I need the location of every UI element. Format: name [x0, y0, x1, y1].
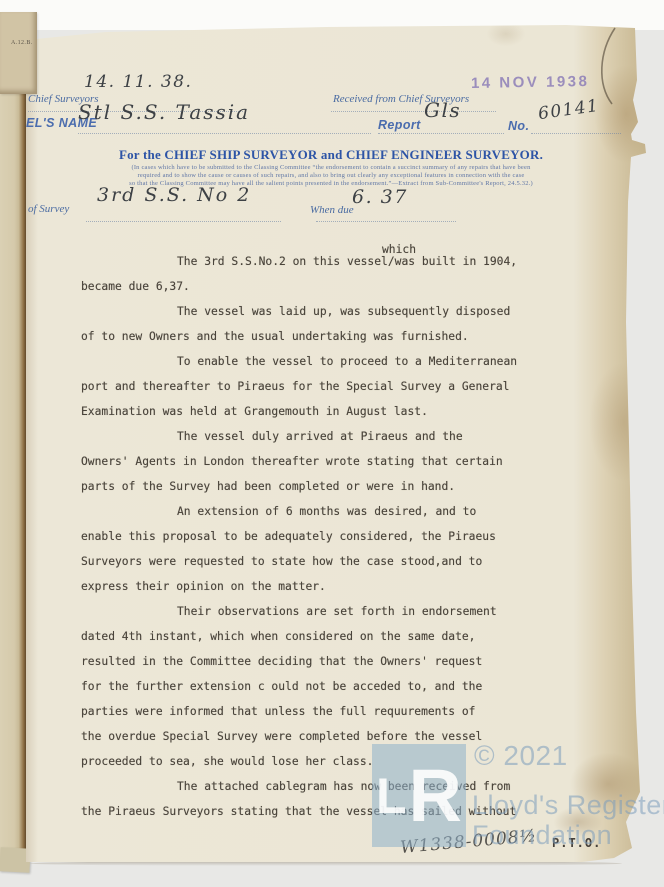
ruled-line [86, 220, 281, 222]
survey-type-label: of Survey [28, 203, 69, 215]
typed-line: express their opinion on the matter. [26, 580, 648, 605]
typed-line: Surveyors were requested to state how th… [26, 555, 648, 580]
underlying-page-corner-tab: A.12.B. [0, 12, 37, 94]
typed-line: Owners' Agents in London thereafter wrot… [26, 455, 648, 480]
form-code: A.12.B. [11, 40, 33, 46]
typed-line: The vessel was laid up, was subsequently… [26, 305, 648, 330]
report-number-label: No. [508, 119, 529, 133]
ruled-line [531, 132, 621, 134]
typed-line: resulted in the Committee deciding that … [26, 655, 648, 680]
typed-line: enable this proposal to be adequately co… [26, 530, 648, 555]
for-chief-surveyor-heading: For the CHIEF SHIP SURVEYOR and CHIEF EN… [56, 147, 606, 163]
watermark-lloyds-register: Lloyd's Register [472, 790, 664, 821]
typed-line: The vessel duly arrived at Piraeus and t… [26, 430, 648, 455]
when-due-label: When due [310, 204, 354, 216]
logo-letter-l: L [376, 771, 407, 821]
instructions-line-2: required and to show the cause or causes… [56, 172, 606, 180]
watermark-foundation: Foundation [472, 820, 612, 851]
pencil-curve-mark [586, 24, 626, 114]
scanned-document-photo: Chief Surveyors 14. 11. 38. Received fro… [0, 0, 664, 887]
vessel-name-handwriting: Stl S.S. Tassia [78, 100, 250, 124]
typed-line: parties were informed that unless the fu… [26, 705, 648, 730]
ruled-line [331, 110, 496, 112]
watermark-copyright: © 2021 [474, 740, 568, 772]
typed-line: for the further extension c ould not be … [26, 680, 648, 705]
report-label: Report [378, 118, 421, 132]
typed-line: became due 6,37. [26, 280, 648, 305]
underlying-page-left-edge [0, 14, 26, 862]
typed-line: dated 4th instant, which when considered… [26, 630, 648, 655]
report-handwriting: Gls [424, 98, 461, 122]
ruled-line [316, 220, 456, 222]
typed-line: An extension of 6 months was desired, an… [26, 505, 648, 530]
typed-line: Their observations are set forth in endo… [26, 605, 648, 630]
logo-letter-r: R [409, 759, 462, 833]
survey-type-handwriting: 3rd S.S. No 2 [97, 184, 251, 206]
ruled-line [78, 132, 371, 134]
when-due-handwriting: 6. 37 [352, 186, 408, 208]
lloyds-register-logo-watermark: L R [372, 744, 466, 847]
typed-line: port and thereafter to Piraeus for the S… [26, 380, 648, 405]
instructions-line-1: (In cases which have to be submitted to … [56, 164, 606, 172]
document-page: Chief Surveyors 14. 11. 38. Received fro… [26, 22, 648, 862]
typed-line: The 3rd S.S.No.2 on this vessel/was buil… [26, 255, 648, 280]
ruled-line [378, 132, 504, 134]
typed-line: parts of the Survey had been completed o… [26, 480, 648, 505]
typed-line: To enable the vessel to proceed to a Med… [26, 355, 648, 380]
typed-line: of to new Owners and the usual undertaki… [26, 330, 648, 355]
chief-surveyors-date-handwriting: 14. 11. 38. [84, 72, 192, 92]
typed-line: Examination was held at Grangemouth in A… [26, 405, 648, 430]
date-received-stamp: 14 NOV 1938 [471, 73, 590, 92]
